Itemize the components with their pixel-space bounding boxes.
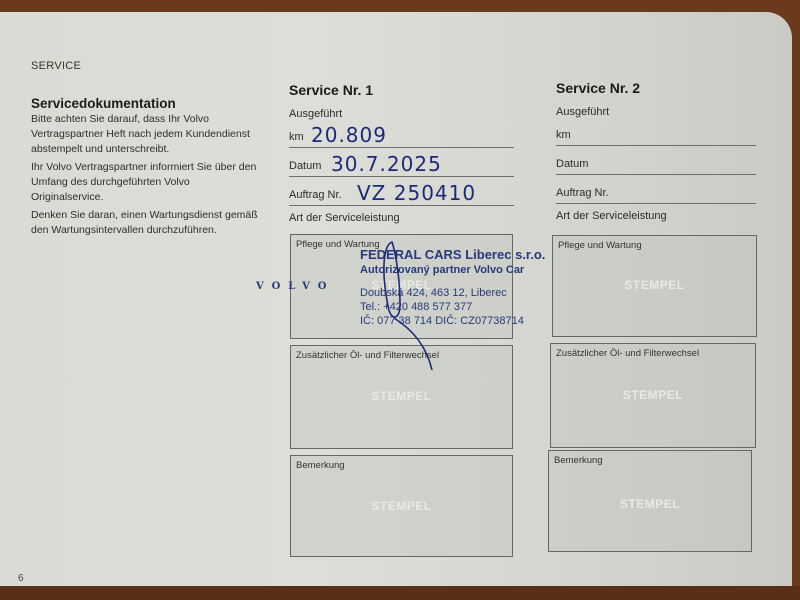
stamp-placeholder: STEMPEL xyxy=(551,388,755,402)
date-row[interactable]: Datum xyxy=(556,146,756,175)
box-label: Pflege und Wartung xyxy=(558,240,642,251)
volvo-logo: VOLVO xyxy=(256,281,334,292)
order-label: Auftrag Nr. xyxy=(556,187,609,199)
table-surface xyxy=(0,586,800,600)
order-row[interactable]: Auftrag Nr. xyxy=(556,175,756,204)
km-row[interactable]: km xyxy=(556,119,756,146)
stamp-placeholder: STEMPEL xyxy=(291,389,512,403)
order-row[interactable]: Auftrag Nr. VZ 250410 xyxy=(289,177,514,206)
box-label: Zusätzlicher Öl- und Filterwechsel xyxy=(556,348,699,359)
service-1-title: Service Nr. 1 xyxy=(289,82,514,98)
service-2-title: Service Nr. 2 xyxy=(556,80,781,96)
date-label: Datum xyxy=(289,160,321,172)
stamp-placeholder: STEMPEL xyxy=(291,499,512,513)
box-label: Bemerkung xyxy=(554,455,603,466)
km-label: km xyxy=(289,131,304,143)
executed-label: Ausgeführt xyxy=(556,106,781,118)
remarks-box[interactable]: Bemerkung STEMPEL xyxy=(290,455,513,557)
stamp-placeholder: STEMPEL xyxy=(549,497,751,511)
remarks-box[interactable]: Bemerkung STEMPEL xyxy=(548,450,752,552)
order-label: Auftrag Nr. xyxy=(289,189,342,201)
service-2-column: Service Nr. 2 Ausgeführt km Datum Auftra… xyxy=(556,80,781,222)
care-maintenance-box[interactable]: Pflege und Wartung STEMPEL xyxy=(552,235,757,337)
km-label: km xyxy=(556,129,571,141)
km-value: 20.809 xyxy=(311,123,387,147)
stamp-placeholder: STEMPEL xyxy=(553,278,756,292)
box-label: Bemerkung xyxy=(296,460,345,471)
intro-title: Servicedokumentation xyxy=(31,96,176,111)
page-number: 6 xyxy=(18,573,24,584)
signature-icon xyxy=(360,236,450,376)
km-row[interactable]: km 20.809 xyxy=(289,121,514,148)
date-label: Datum xyxy=(556,158,588,170)
section-label: SERVICE xyxy=(31,60,81,72)
date-value: 30.7.2025 xyxy=(331,152,442,176)
order-value: VZ 250410 xyxy=(357,181,476,205)
intro-paragraph: Ihr Volvo Vertragspartner informiert Sie… xyxy=(31,160,261,205)
executed-label: Ausgeführt xyxy=(289,108,514,120)
intro-paragraph: Denken Sie daran, einen Wartungsdienst g… xyxy=(31,208,261,238)
oil-filter-box[interactable]: Zusätzlicher Öl- und Filterwechsel STEMP… xyxy=(550,343,756,448)
date-row[interactable]: Datum 30.7.2025 xyxy=(289,148,514,177)
service-type-label: Art der Serviceleistung xyxy=(289,212,514,224)
service-1-column: Service Nr. 1 Ausgeführt km 20.809 Datum… xyxy=(289,82,514,224)
intro-paragraph: Bitte achten Sie darauf, dass Ihr Volvo … xyxy=(31,112,261,157)
service-type-label: Art der Serviceleistung xyxy=(556,210,781,222)
